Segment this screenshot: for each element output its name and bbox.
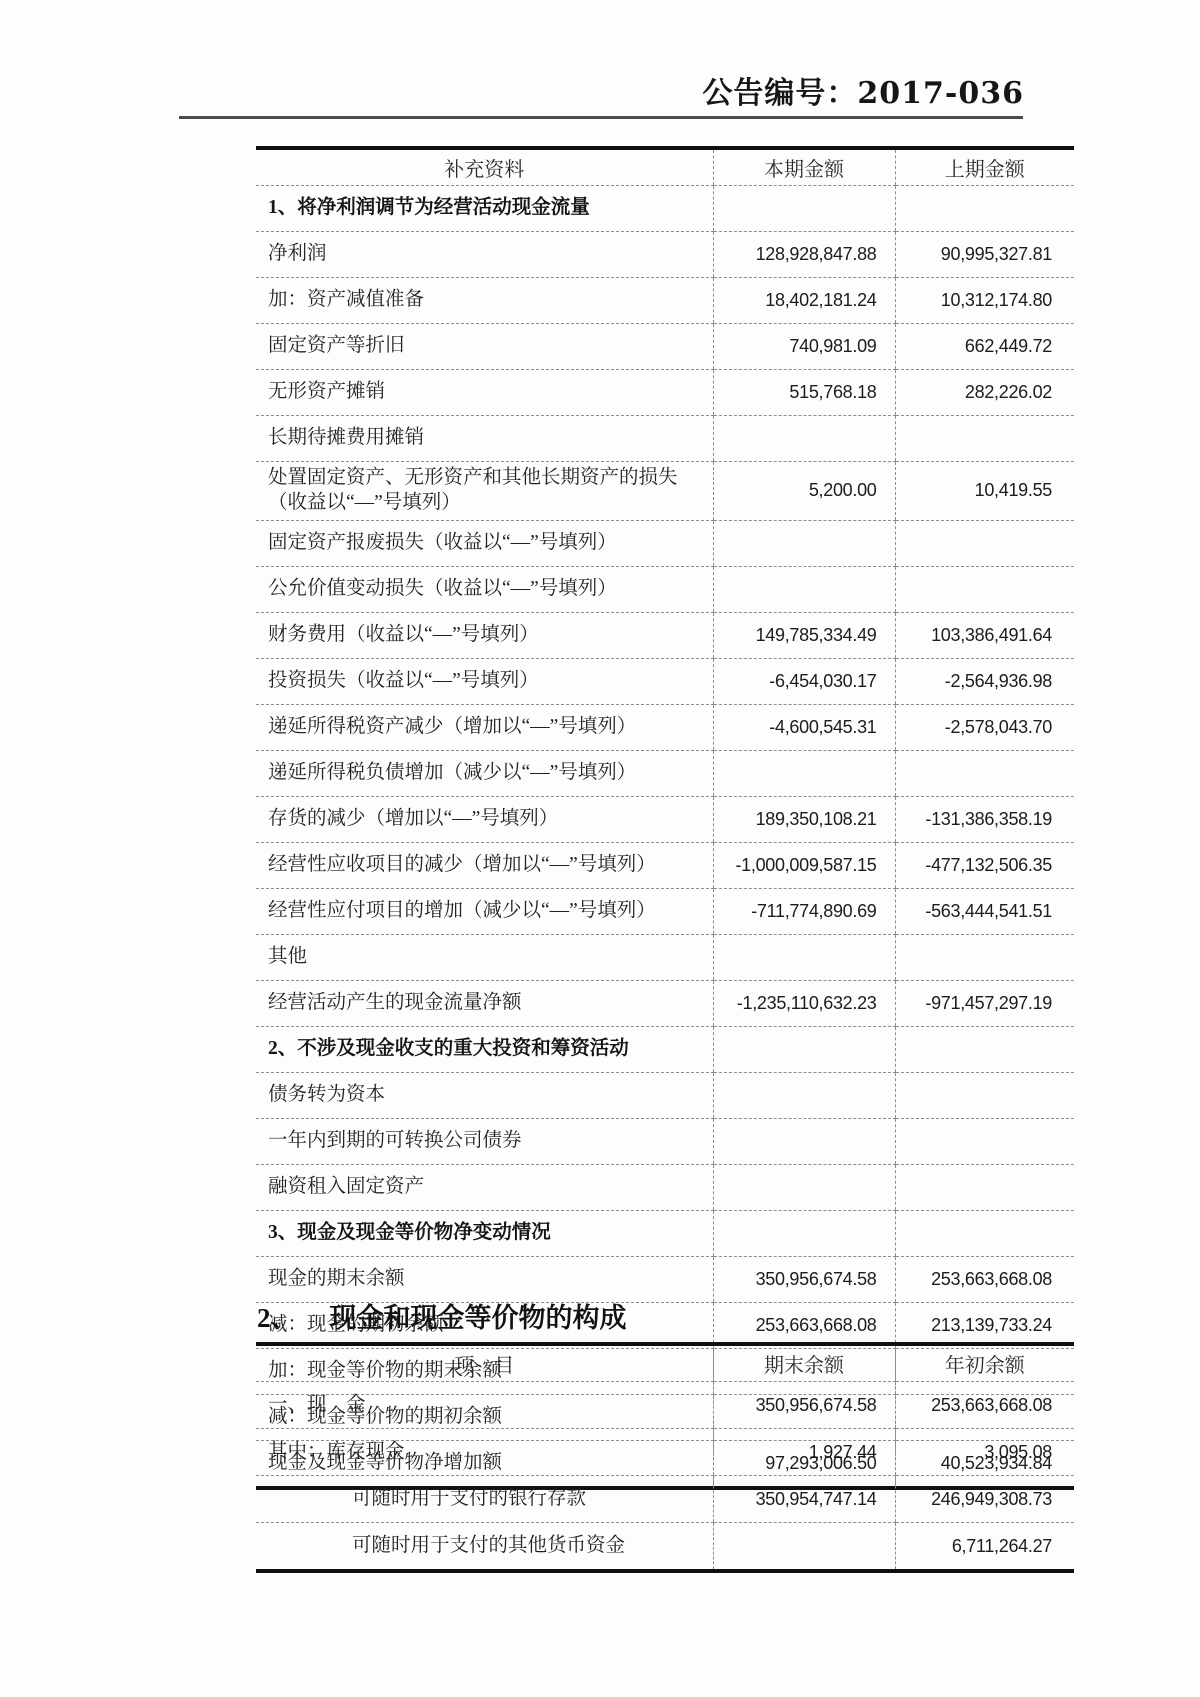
table-row: 其中：库存现金1,927.443,095.08 [256, 1429, 1074, 1476]
row-label: 3、现金及现金等价物净变动情况 [256, 1210, 713, 1256]
row-previous-amount [895, 750, 1074, 796]
row-current-amount: 350,954,747.14 [713, 1476, 895, 1523]
row-label: 1、将净利润调节为经营活动现金流量 [256, 186, 713, 232]
row-current-amount: 515,768.18 [713, 370, 895, 416]
row-label: 净利润 [256, 232, 713, 278]
table-row: 一、现 金350,956,674.58253,663,668.08 [256, 1382, 1074, 1429]
table-row: 处置固定资产、无形资产和其他长期资产的损失 （收益以“—”号填列）5,200.0… [256, 462, 1074, 521]
table-row: 存货的减少（增加以“—”号填列）189,350,108.21-131,386,3… [256, 796, 1074, 842]
row-label: 经营活动产生的现金流量净额 [256, 980, 713, 1026]
table-row: 可随时用于支付的其他货币资金6,711,264.27 [256, 1523, 1074, 1572]
table-row: 2、不涉及现金收支的重大投资和筹资活动 [256, 1026, 1074, 1072]
row-current-amount: 128,928,847.88 [713, 232, 895, 278]
row-previous-amount: 103,386,491.64 [895, 612, 1074, 658]
row-current-amount: 350,956,674.58 [713, 1382, 895, 1429]
table-row: 经营性应付项目的增加（减少以“—”号填列）-711,774,890.69-563… [256, 888, 1074, 934]
table-row: 长期待摊费用摊销 [256, 416, 1074, 462]
row-label: 公允价值变动损失（收益以“—”号填列） [256, 566, 713, 612]
row-current-amount [713, 1118, 895, 1164]
row-current-amount [713, 520, 895, 566]
row-previous-amount: 3,095.08 [895, 1429, 1074, 1476]
row-current-amount: 18,402,181.24 [713, 278, 895, 324]
announcement-number: 公告编号：2017-036 [702, 68, 1024, 112]
row-previous-amount: 253,663,668.08 [895, 1256, 1074, 1302]
table-row: 固定资产报废损失（收益以“—”号填列） [256, 520, 1074, 566]
table-row: 公允价值变动损失（收益以“—”号填列） [256, 566, 1074, 612]
row-label: 固定资产报废损失（收益以“—”号填列） [256, 520, 713, 566]
row-current-amount [713, 1210, 895, 1256]
row-previous-amount [895, 1118, 1074, 1164]
row-label: 经营性应付项目的增加（减少以“—”号填列） [256, 888, 713, 934]
table-row: 净利润128,928,847.8890,995,327.81 [256, 232, 1074, 278]
row-current-amount: -1,000,009,587.15 [713, 842, 895, 888]
table-row: 经营活动产生的现金流量净额-1,235,110,632.23-971,457,2… [256, 980, 1074, 1026]
column-header-item: 补充资料 [256, 148, 713, 186]
row-label: 处置固定资产、无形资产和其他长期资产的损失 （收益以“—”号填列） [256, 462, 713, 521]
row-previous-amount [895, 186, 1074, 232]
row-label: 其他 [256, 934, 713, 980]
row-current-amount: 149,785,334.49 [713, 612, 895, 658]
row-label: 可随时用于支付的其他货币资金 [256, 1523, 713, 1572]
row-previous-amount: 90,995,327.81 [895, 232, 1074, 278]
row-current-amount: 5,200.00 [713, 462, 895, 521]
table-row: 一年内到期的可转换公司债券 [256, 1118, 1074, 1164]
row-label: 存货的减少（增加以“—”号填列） [256, 796, 713, 842]
row-current-amount: -711,774,890.69 [713, 888, 895, 934]
section-2-title: 现金和现金等价物的构成 [330, 1296, 627, 1335]
table-row: 1、将净利润调节为经营活动现金流量 [256, 186, 1074, 232]
row-current-amount: 740,981.09 [713, 324, 895, 370]
row-label: 其中：库存现金 [256, 1429, 713, 1476]
row-previous-amount [895, 1072, 1074, 1118]
row-previous-amount: -563,444,541.51 [895, 888, 1074, 934]
row-current-amount [713, 934, 895, 980]
table-row: 债务转为资本 [256, 1072, 1074, 1118]
row-previous-amount: 662,449.72 [895, 324, 1074, 370]
row-label: 经营性应收项目的减少（增加以“—”号填列） [256, 842, 713, 888]
row-previous-amount [895, 566, 1074, 612]
row-label: 长期待摊费用摊销 [256, 416, 713, 462]
section-2-number: 2、 [257, 1296, 298, 1335]
supplement-table-header-row: 补充资料 本期金额 上期金额 [256, 148, 1074, 186]
column-header-item: 项 目 [256, 1344, 713, 1382]
column-header-ending-balance: 期末余额 [713, 1344, 895, 1382]
row-label: 固定资产等折旧 [256, 324, 713, 370]
row-previous-amount: -971,457,297.19 [895, 980, 1074, 1026]
row-previous-amount: -477,132,506.35 [895, 842, 1074, 888]
table-row: 经营性应收项目的减少（增加以“—”号填列）-1,000,009,587.15-4… [256, 842, 1074, 888]
table-row: 其他 [256, 934, 1074, 980]
table-row: 加：资产减值准备18,402,181.2410,312,174.80 [256, 278, 1074, 324]
row-previous-amount [895, 520, 1074, 566]
row-label: 递延所得税负债增加（减少以“—”号填列） [256, 750, 713, 796]
row-previous-amount: -2,578,043.70 [895, 704, 1074, 750]
row-label: 2、不涉及现金收支的重大投资和筹资活动 [256, 1026, 713, 1072]
row-label: 融资租入固定资产 [256, 1164, 713, 1210]
row-previous-amount: -2,564,936.98 [895, 658, 1074, 704]
row-label: 一、现 金 [256, 1382, 713, 1429]
supplement-table: 补充资料 本期金额 上期金额 1、将净利润调节为经营活动现金流量净利润128,9… [256, 146, 1074, 1490]
row-previous-amount [895, 1026, 1074, 1072]
row-previous-amount: 10,312,174.80 [895, 278, 1074, 324]
row-current-amount [713, 1164, 895, 1210]
table-row: 3、现金及现金等价物净变动情况 [256, 1210, 1074, 1256]
table-row: 投资损失（收益以“—”号填列）-6,454,030.17-2,564,936.9… [256, 658, 1074, 704]
row-previous-amount: 246,949,308.73 [895, 1476, 1074, 1523]
row-previous-amount [895, 934, 1074, 980]
table-row: 递延所得税资产减少（增加以“—”号填列）-4,600,545.31-2,578,… [256, 704, 1074, 750]
table-row: 融资租入固定资产 [256, 1164, 1074, 1210]
row-current-amount: 189,350,108.21 [713, 796, 895, 842]
row-current-amount: -4,600,545.31 [713, 704, 895, 750]
row-previous-amount: 282,226.02 [895, 370, 1074, 416]
row-label: 递延所得税资产减少（增加以“—”号填列） [256, 704, 713, 750]
row-current-amount [713, 1072, 895, 1118]
row-current-amount [713, 750, 895, 796]
row-label: 一年内到期的可转换公司债券 [256, 1118, 713, 1164]
row-previous-amount: 253,663,668.08 [895, 1382, 1074, 1429]
row-current-amount [713, 186, 895, 232]
table-row: 可随时用于支付的银行存款350,954,747.14246,949,308.73 [256, 1476, 1074, 1523]
row-current-amount: 1,927.44 [713, 1429, 895, 1476]
cash-composition-table: 项 目 期末余额 年初余额 一、现 金350,956,674.58253,663… [256, 1342, 1074, 1573]
row-current-amount [713, 566, 895, 612]
column-header-previous-amount: 上期金额 [895, 148, 1074, 186]
row-label: 投资损失（收益以“—”号填列） [256, 658, 713, 704]
cash-table-header-row: 项 目 期末余额 年初余额 [256, 1344, 1074, 1382]
row-current-amount: -1,235,110,632.23 [713, 980, 895, 1026]
table-row: 固定资产等折旧740,981.09662,449.72 [256, 324, 1074, 370]
table-row: 递延所得税负债增加（减少以“—”号填列） [256, 750, 1074, 796]
row-current-amount [713, 1026, 895, 1072]
row-label: 债务转为资本 [256, 1072, 713, 1118]
row-previous-amount [895, 1164, 1074, 1210]
row-current-amount [713, 1523, 895, 1572]
row-current-amount: -6,454,030.17 [713, 658, 895, 704]
row-previous-amount: 10,419.55 [895, 462, 1074, 521]
header-rule [179, 116, 1023, 119]
row-label: 加：资产减值准备 [256, 278, 713, 324]
row-current-amount [713, 416, 895, 462]
row-label: 可随时用于支付的银行存款 [256, 1476, 713, 1523]
row-previous-amount [895, 416, 1074, 462]
row-previous-amount [895, 1210, 1074, 1256]
row-previous-amount: 6,711,264.27 [895, 1523, 1074, 1572]
section-2-heading: 2、 现金和现金等价物的构成 [257, 1296, 627, 1335]
table-row: 财务费用（收益以“—”号填列）149,785,334.49103,386,491… [256, 612, 1074, 658]
column-header-current-amount: 本期金额 [713, 148, 895, 186]
column-header-beginning-balance: 年初余额 [895, 1344, 1074, 1382]
row-label: 无形资产摊销 [256, 370, 713, 416]
row-previous-amount: -131,386,358.19 [895, 796, 1074, 842]
row-current-amount: 350,956,674.58 [713, 1256, 895, 1302]
row-label: 财务费用（收益以“—”号填列） [256, 612, 713, 658]
table-row: 无形资产摊销515,768.18282,226.02 [256, 370, 1074, 416]
